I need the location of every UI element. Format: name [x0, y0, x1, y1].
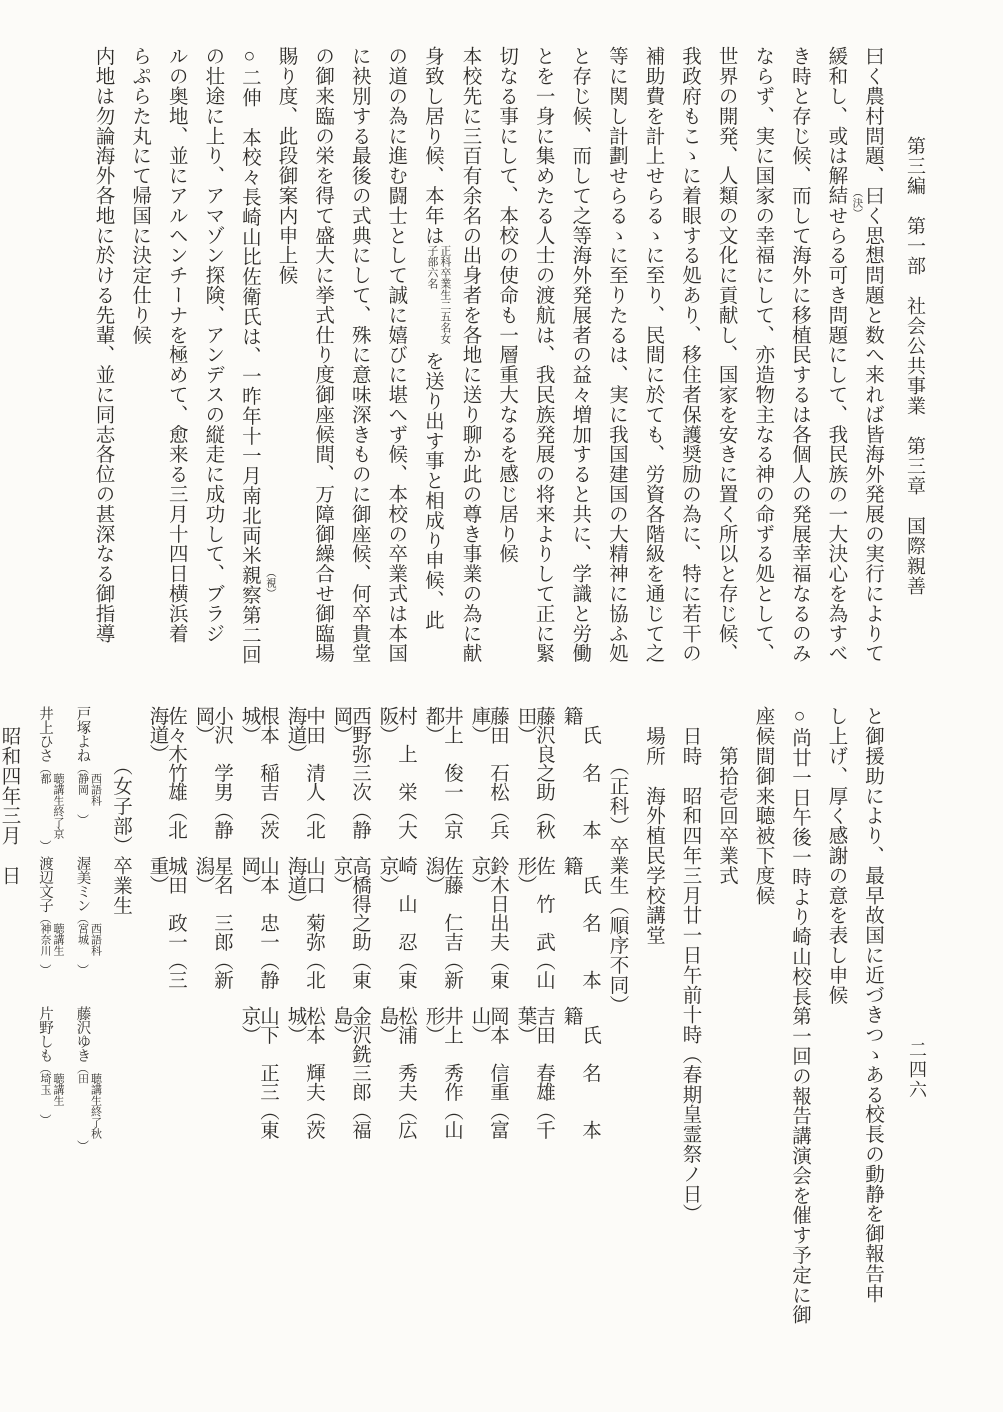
- text-column: 座候間御来聴被下度候: [744, 706, 781, 1366]
- graduate-entry: 松浦 秀夫（広 島）: [377, 1006, 414, 1156]
- column-text: せらる可き問題にして、我民族の一大決心を為すべ: [825, 205, 846, 663]
- upper-letter-section: 曰く農村問題、曰く思想問題と数へ来れば皆海外発展の実行によりて 緩和し、或は解結…: [84, 46, 890, 694]
- paren-close: ）: [38, 1114, 52, 1125]
- ceremony-title: 第拾壱回卒業式: [708, 706, 745, 1366]
- graduate-column: 藤沢良之助（秋 田）佐 竹 武（山 形）吉田 春雄（千 葉）: [506, 706, 552, 1366]
- furigana-gloss: （決）: [851, 187, 862, 219]
- graduate-entry: 崎 山 忍（東 京）: [377, 856, 414, 1006]
- graduate-column: 井上 俊一（京 都）佐藤 仁吉（新 潟）井上 秀作（山 形）: [414, 706, 460, 1366]
- text-column: とを一身に集めたる人士の渡航は、我民族発展の将来よりして正に緊: [524, 46, 561, 694]
- graduate-entry: 井上ひさ（聴講生終了京都）: [36, 706, 65, 856]
- column-text: ○二伸 本校々長崎山比佐衛氏は、一昨年十一月南北両米: [239, 46, 260, 565]
- name-header-cell: 氏 名 本 籍: [561, 706, 598, 856]
- graduate-entry: 片野しも（聴講生埼玉）: [36, 1006, 65, 1156]
- text-column: 身致し居り候、本年は正科卒業生二五名女子部六名を送り出す事と相成り申候、此: [413, 46, 451, 694]
- paren-close: ）: [76, 814, 90, 825]
- text-column: 緩和し、或は解結（決）せらる可き問題にして、我民族の一大決心を為すべ: [817, 46, 854, 694]
- prefecture-label: 神奈川: [39, 923, 51, 956]
- gloss-base-char: 結: [825, 185, 846, 205]
- course-label: 西語科: [90, 773, 102, 806]
- warichu-line-right: 正科卒業生二五名: [439, 245, 451, 333]
- gloss-base-char: 親: [239, 565, 260, 585]
- graduate-entry: 吉田 春雄（千 葉）: [515, 1006, 552, 1156]
- graduate-name: 片野しも: [37, 1006, 53, 1062]
- graduate-entry: 渡辺文子（聴講生神奈川）: [36, 856, 65, 1006]
- furigana-gloss: （視）: [265, 567, 276, 599]
- gloss-base: 親（視）: [239, 565, 260, 585]
- warichu-note: 聴講生神奈川: [38, 923, 64, 964]
- prefecture-label: 埼玉: [39, 1073, 51, 1095]
- graduate-entry: 岡本 信重（富 山）: [469, 1006, 506, 1156]
- course-label: 西語科: [90, 923, 102, 956]
- graduate-entry: 渥美ミン（西語科宮城）: [73, 856, 102, 1006]
- text-column: し上げ、厚く感謝の意を表し申候: [817, 706, 854, 1366]
- graduate-entry: 星名 三郎（新 潟）: [193, 856, 230, 1006]
- text-column: 内地は勿論海外各地に於ける先輩、並に同志各位の甚深なる御指導: [84, 46, 121, 694]
- graduate-entry: 井上 俊一（京 都）: [423, 706, 460, 856]
- ceremony-datetime: 日時 昭和四年三月廿一日午前十時（春期皇霊祭ノ日）: [671, 706, 708, 1366]
- text-column: の御来臨の栄を得て盛大に挙式仕り度御座候間、万障御繰合せ御臨場: [304, 46, 341, 694]
- paren-open: （: [76, 762, 90, 773]
- graduate-name: 渥美ミン: [75, 856, 91, 912]
- graduate-entry: 井上 秀作（山 形）: [423, 1006, 460, 1156]
- graduate-entry: 藤田 石松（兵 庫）: [469, 706, 506, 856]
- paren-open: （: [76, 912, 90, 923]
- graduate-column: 村 上 栄（大 阪）崎 山 忍（東 京）松浦 秀夫（広 島）: [368, 706, 414, 1366]
- gloss-base: 結（決）: [825, 185, 846, 205]
- warichu-note: 西語科静岡: [76, 773, 102, 814]
- graduate-column: 小沢 学男（静 岡）星名 三郎（新 潟）: [184, 706, 230, 1366]
- graduate-entry: 戸塚よね（西語科静岡）: [73, 706, 102, 856]
- graduate-name: 井上ひさ: [37, 706, 53, 762]
- paren-close: ）: [76, 964, 90, 975]
- column-text: を送り出す事と相成り申候、此: [422, 351, 443, 630]
- warichu-note: 正科卒業生二五名女子部六名: [425, 245, 451, 351]
- graduate-entry: 中田 清人（北海道）: [285, 706, 322, 856]
- name-header-cell: 氏 名 本 籍: [561, 1006, 598, 1156]
- name-table-header-column: 氏 名 本 籍 氏 名 本 籍 氏 名 本 籍: [552, 706, 598, 1366]
- text-column: ○尚廿一日午後一時より崎山校長第一回の報告講演会を催す予定に御: [781, 706, 818, 1366]
- graduate-entry: 藤沢ゆき（聴講生終了秋田）: [73, 1006, 102, 1156]
- text-column: 補助費を計上せらるゝに至り、民間に於ても、労資各階級を通じて之: [634, 46, 671, 694]
- prefecture-label: 静岡: [77, 773, 89, 795]
- course-label: 聴講生: [52, 1073, 64, 1106]
- text-column: き時と存じ候、而して海外に移植民するは各個人の発展幸福なるのみ: [780, 46, 817, 694]
- graduate-entry: 松本 輝夫（茨 城）: [285, 1006, 322, 1156]
- graduate-entry: 城田 政一（三 重）: [147, 856, 184, 1006]
- text-column: 我政府もこゝに着眼する処あり、移住者保護奨励の為に、特に若干の: [670, 46, 707, 694]
- graduate-entry: 村 上 栄（大 阪）: [377, 706, 414, 856]
- text-column: 世界の開発、人類の文化に貢献し、国家を安きに置く所以と存じ候、: [707, 46, 744, 694]
- warichu-note: 西語科宮城: [76, 923, 102, 964]
- joshibu-graduates-label: （女子部）卒業生: [102, 706, 139, 1366]
- graduate-entry: 佐藤 仁吉（新 潟）: [423, 856, 460, 1006]
- seika-graduates-label: （正科）卒業生（順序不同）: [598, 706, 635, 1366]
- paren-open: （: [38, 912, 52, 923]
- page-number: 二四六: [903, 1040, 931, 1100]
- warichu-note: 聴講生終了京都: [38, 773, 64, 840]
- graduate-entry: 山口 菊弥（北海道）: [285, 856, 322, 1006]
- graduate-entry: 小沢 学男（静 岡）: [193, 706, 230, 856]
- graduate-entry: 藤沢良之助（秋 田）: [515, 706, 552, 856]
- column-text: 察第二回: [239, 585, 260, 665]
- course-label: 聴講生終了: [52, 773, 64, 828]
- graduate-column: 藤田 石松（兵 庫）鈴木日出夫（東 京）岡本 信重（富 山）: [460, 706, 506, 1366]
- paren-open: （: [38, 1062, 52, 1073]
- name-header-cell: 氏 名 本 籍: [561, 856, 598, 1006]
- graduate-entry: 高橋得之助（東 京）: [331, 856, 368, 1006]
- text-column: らぷらた丸にて帰国に決定仕り候: [121, 46, 158, 694]
- text-column: に袂別する最後の式典にして、殊に意味深きものに御座候、何卒貴堂: [340, 46, 377, 694]
- graduate-name: 渡辺文子: [37, 856, 53, 912]
- text-column: 等に関し計劃せらるゝに至りたるは、実に我国建国の大精神に協ふ処: [597, 46, 634, 694]
- column-text: 緩和し、或は解: [825, 46, 846, 185]
- graduate-column: 根本 稲吉（茨 城）山本 忠一（静 岡）山下 正三（東 京）: [230, 706, 276, 1366]
- ceremony-venue: 場所 海外植民学校講堂: [635, 706, 672, 1366]
- graduate-entry: 西野弥三次（静 岡）: [331, 706, 368, 856]
- graduate-name: 藤沢ゆき: [75, 1006, 91, 1062]
- women-graduate-column: 井上ひさ（聴講生終了京都）渡辺文子（聴講生神奈川）片野しも（聴講生埼玉）: [27, 706, 65, 1366]
- paren-close: ）: [38, 840, 52, 851]
- graduate-column: 西野弥三次（静 岡）高橋得之助（東 京）金沢銑三郎（福 島）: [322, 706, 368, 1366]
- text-column: の壮途に上り、アマゾン探険、アンデスの縦走に成功して、ブラジ: [194, 46, 231, 694]
- text-column: 曰く農村問題、曰く思想問題と数へ来れば皆海外発展の実行によりて: [853, 46, 890, 694]
- paren-close: ）: [76, 1140, 90, 1151]
- warichu-note: 聴講生埼玉: [38, 1073, 64, 1114]
- graduate-entry: 鈴木日出夫（東 京）: [469, 856, 506, 1006]
- women-graduate-column: 戸塚よね（西語科静岡）渥美ミン（西語科宮城）藤沢ゆき（聴講生終了秋田）: [64, 706, 102, 1366]
- graduate-column: 佐々木竹雄（北海道）城田 政一（三 重）: [138, 706, 184, 1366]
- date-line: 昭和四年三月 日: [0, 706, 27, 1366]
- text-column: と御援助により、最早故国に近づきつゝある校長の動静を御報告申: [854, 706, 891, 1366]
- graduate-entry: 山下 正三（東 京）: [239, 1006, 276, 1156]
- graduate-entry: 金沢銑三郎（福 島）: [331, 1006, 368, 1156]
- graduate-entry: 佐 竹 武（山 形）: [515, 856, 552, 1006]
- text-column: 切なる事にして、本校の使命も一層重大なるを感じ居り候: [487, 46, 524, 694]
- text-column: ○二伸 本校々長崎山比佐衛氏は、一昨年十一月南北両米親（視）察第二回: [230, 46, 267, 694]
- running-head: 第三編 第一部 社会公共事業 第三章 国際親善: [899, 136, 929, 606]
- scanned-book-page: 第三編 第一部 社会公共事業 第三章 国際親善 二四六 曰く農村問題、曰く思想問…: [0, 0, 1003, 1412]
- text-column: と存じ候、而して之等海外発展者の益々増加すると共に、学識と労働: [561, 46, 598, 694]
- lower-ceremony-section: と御援助により、最早故国に近づきつゝある校長の動静を御報告申 し上げ、厚く感謝の…: [87, 706, 890, 1366]
- text-column: 本校先に三百有余名の出身者を各地に送り聊か此の尊き事業の為に献: [451, 46, 488, 694]
- prefecture-label: 宮城: [77, 923, 89, 945]
- text-column: ならず、実に国家の幸福にして、亦造物主なる神の命ずる処として、: [744, 46, 781, 694]
- graduate-entry: 山本 忠一（静 岡）: [239, 856, 276, 1006]
- text-column: ルの奥地、並にアルヘンチーナを極めて、愈来る三月十四日横浜着: [157, 46, 194, 694]
- paren-close: ）: [38, 964, 52, 975]
- column-text: 身致し居り候、本年は: [422, 46, 443, 245]
- course-label: 聴講生終了: [90, 1073, 102, 1128]
- graduate-entry: 根本 稲吉（茨 城）: [239, 706, 276, 856]
- warichu-note: 聴講生終了秋田: [76, 1073, 102, 1140]
- graduate-name: 戸塚よね: [75, 706, 91, 762]
- course-label: 聴講生: [52, 923, 64, 956]
- paren-open: （: [76, 1062, 90, 1073]
- graduate-column: 中田 清人（北海道）山口 菊弥（北海道）松本 輝夫（茨 城）: [276, 706, 322, 1366]
- paren-open: （: [38, 762, 52, 773]
- graduate-entry: 佐々木竹雄（北海道）: [147, 706, 184, 856]
- text-column: の道の為に進む闘士として誠に嬉びに堪へず候、本校の卒業式は本国: [377, 46, 414, 694]
